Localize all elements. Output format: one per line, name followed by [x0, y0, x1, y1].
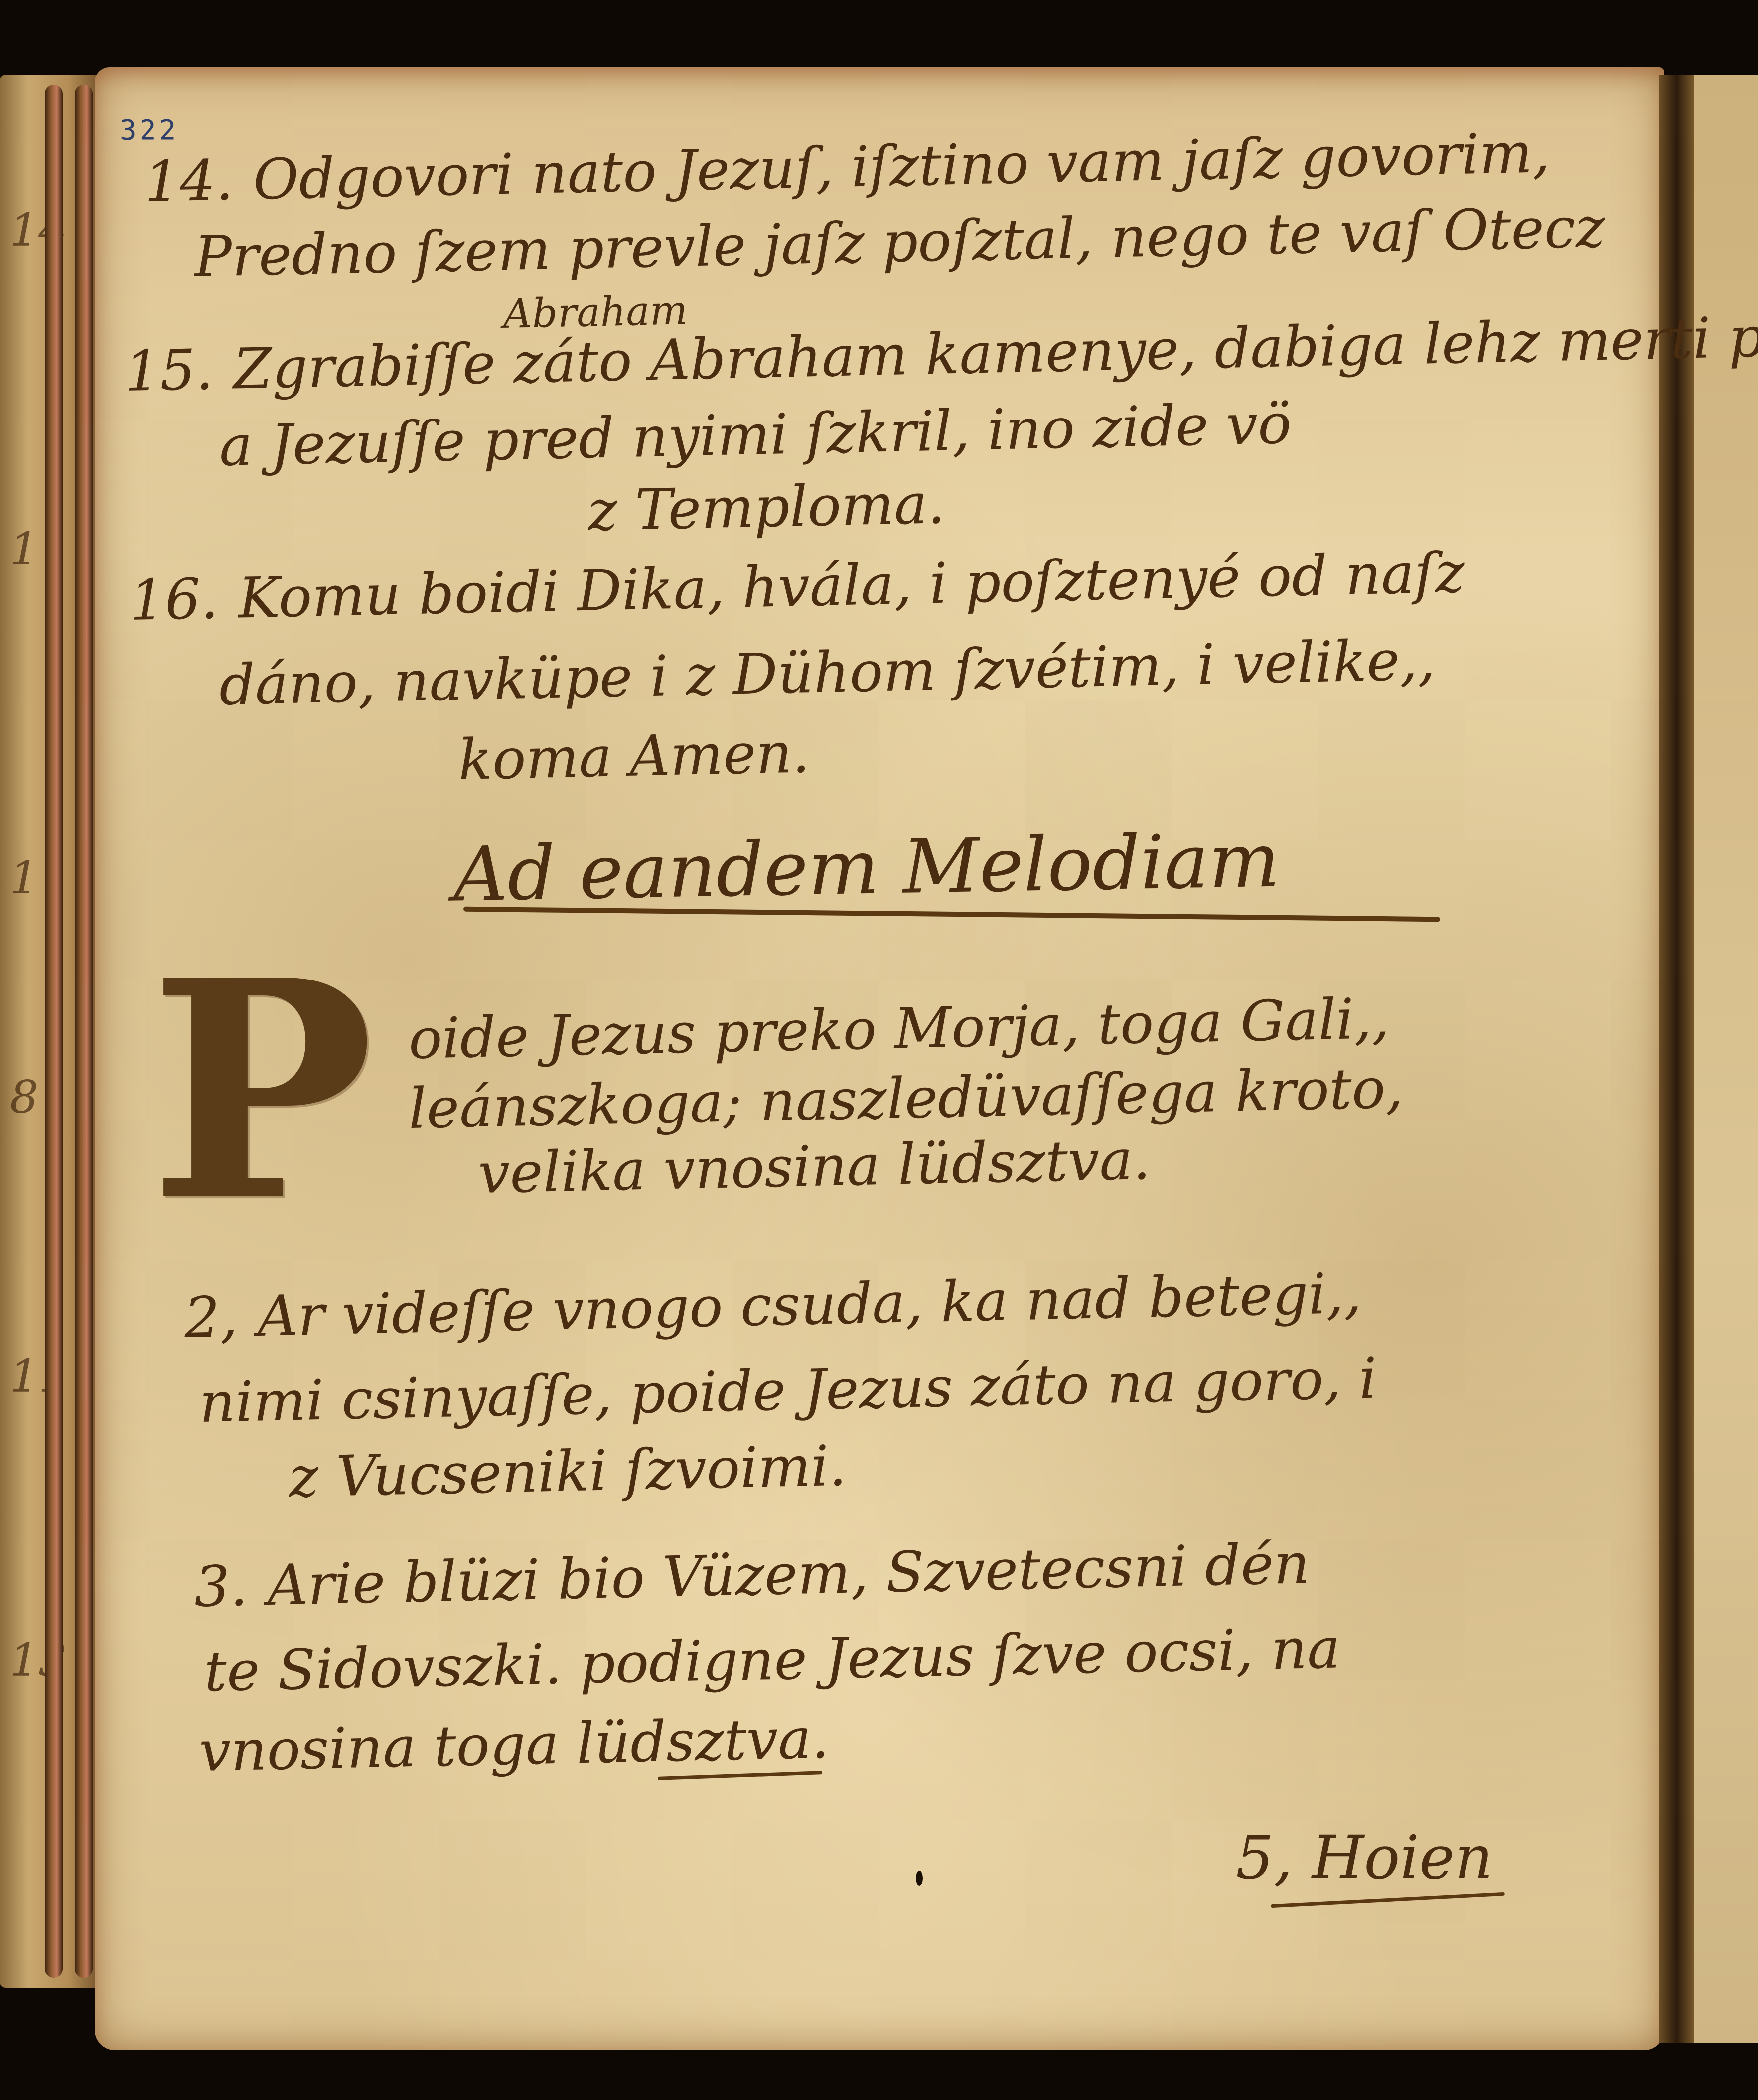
verse-text: koma Amen. [458, 720, 811, 793]
catchword: 5, Hoien [1236, 1823, 1493, 1893]
stanza-line: velika vnosina lüdsztva. [478, 1132, 1151, 1202]
section-heading: Ad eandem Melodiam [453, 818, 1281, 919]
stanza-number: 3. [194, 1554, 249, 1620]
verse-text: z Temploma. [587, 471, 946, 544]
verse-number: 15. [124, 337, 214, 404]
previous-verse-number: 8 [10, 1071, 38, 1123]
previous-verse-number: 1 [10, 523, 38, 575]
stanza-text: vnosina toga lüdsztva. [199, 1706, 830, 1784]
previous-verse-number: 1 [10, 852, 38, 904]
stanza-text: z Vucseniki ſzvoimi. [289, 1434, 847, 1510]
leaf-edge [45, 85, 63, 1978]
stanza-number: 2, [184, 1285, 239, 1351]
verse-line: z Temploma. [587, 476, 946, 539]
verse-line: koma Amen. [458, 725, 810, 788]
decorated-initial: P [149, 942, 374, 1241]
stanza-line: vnosina toga lüdsztva. [199, 1711, 830, 1780]
verse-number: 16. [129, 566, 219, 633]
stanza-line: z Vucseniki ſzvoimi. [289, 1438, 847, 1506]
verse-number: 14. [144, 148, 234, 215]
leaf-edge [75, 85, 93, 1978]
page-number: 322 [120, 114, 179, 146]
ink-spot [916, 1871, 923, 1886]
